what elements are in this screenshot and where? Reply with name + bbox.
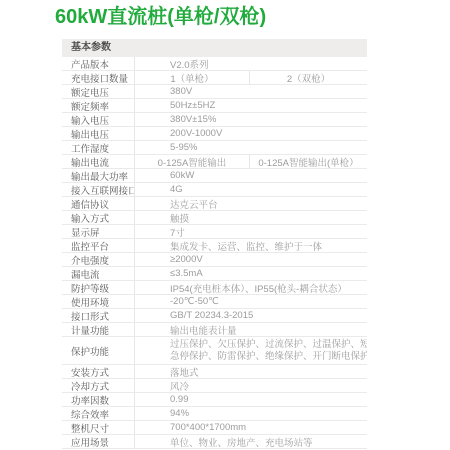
spec-label: 综合效率: [62, 407, 135, 420]
spec-label: 工作湿度: [62, 141, 135, 154]
spec-label: 冷却方式: [62, 379, 135, 392]
spec-label: 显示屏: [62, 225, 135, 238]
spec-label: 整机尺寸: [62, 421, 135, 434]
spec-value: 4G: [135, 183, 367, 196]
spec-label: 产品版本: [62, 57, 135, 70]
spec-value: -20℃-50℃: [135, 295, 367, 308]
spec-row: 应用场景单位、物业、房地产、充电场站等: [62, 435, 367, 449]
spec-label: 漏电流: [62, 267, 135, 280]
spec-table: 基本参数 产品版本V2.0系列充电接口数量1（单枪）2（双枪）额定电压380V额…: [62, 39, 367, 449]
spec-value: 0-125A智能输出(单枪）: [250, 155, 367, 168]
spec-table-body: 产品版本V2.0系列充电接口数量1（单枪）2（双枪）额定电压380V额定频率50…: [62, 57, 367, 449]
spec-label: 介电强度: [62, 253, 135, 266]
spec-label: 输入方式: [62, 211, 135, 224]
spec-sheet-page: 60kW直流桩(单枪/双枪) 基本参数 产品版本V2.0系列充电接口数量1（单枪…: [0, 0, 450, 450]
spec-value: 过压保护、欠压保护、过流保护、过温保护、短路保护、急停保护、防雷保护、绝缘保护、…: [135, 337, 367, 364]
spec-row: 综合效率94%: [62, 407, 367, 421]
spec-row: 额定频率50Hz±5HZ: [62, 99, 367, 113]
spec-label: 监控平台: [62, 239, 135, 252]
spec-label: 安装方式: [62, 365, 135, 378]
spec-value: IP54(充电桩本体）、IP55(枪头-耦合状态）: [135, 281, 367, 294]
spec-value: 200V-1000V: [135, 127, 367, 140]
spec-value: 60kW: [135, 169, 367, 182]
spec-value: 落地式: [135, 365, 367, 378]
spec-label: 额定电压: [62, 85, 135, 98]
spec-value: 0-125A智能输出: [135, 155, 250, 168]
spec-row: 安装方式落地式: [62, 365, 367, 379]
spec-value: ≥2000V: [135, 253, 367, 266]
spec-label: 输入电压: [62, 113, 135, 126]
spec-value: 集成发卡、运营、监控、维护于一体: [135, 239, 367, 252]
spec-row: 漏电流≤3.5mA: [62, 267, 367, 281]
spec-value-line: 急停保护、防雷保护、绝缘保护、开门断电保护: [170, 351, 367, 363]
spec-label: 输出电流: [62, 155, 135, 168]
spec-value: 输出电能表计量: [135, 323, 367, 336]
spec-value: GB/T 20234.3-2015: [135, 309, 367, 322]
spec-row: 输入方式触摸: [62, 211, 367, 225]
spec-label: 通信协议: [62, 197, 135, 210]
spec-row: 功率因数0.99: [62, 393, 367, 407]
spec-label: 功率因数: [62, 393, 135, 406]
spec-row: 使用环境-20℃-50℃: [62, 295, 367, 309]
spec-label: 输出电压: [62, 127, 135, 140]
spec-label: 应用场景: [62, 435, 135, 448]
spec-row: 介电强度≥2000V: [62, 253, 367, 267]
spec-row: 产品版本V2.0系列: [62, 57, 367, 71]
spec-row: 输出电压200V-1000V: [62, 127, 367, 141]
spec-row: 冷却方式风冷: [62, 379, 367, 393]
spec-row: 显示屏7寸: [62, 225, 367, 239]
spec-row: 防护等级IP54(充电桩本体）、IP55(枪头-耦合状态）: [62, 281, 367, 295]
spec-label: 接入互联网接口: [62, 183, 135, 196]
spec-label: 计量功能: [62, 323, 135, 336]
spec-row: 输出最大功率60kW: [62, 169, 367, 183]
page-title: 60kW直流桩(单枪/双枪): [55, 4, 266, 30]
spec-row: 整机尺寸700*400*1700mm: [62, 421, 367, 435]
spec-row: 工作湿度5-95%: [62, 141, 367, 155]
spec-value: 风冷: [135, 379, 367, 392]
spec-label: 保护功能: [62, 337, 135, 364]
spec-value: 2（双枪）: [250, 71, 367, 84]
spec-value: ≤3.5mA: [135, 267, 367, 280]
spec-value: 1（单枪）: [135, 71, 250, 84]
spec-row: 接入互联网接口4G: [62, 183, 367, 197]
spec-label: 充电接口数量: [62, 71, 135, 84]
spec-row: 监控平台集成发卡、运营、监控、维护于一体: [62, 239, 367, 253]
spec-row: 计量功能输出电能表计量: [62, 323, 367, 337]
spec-value: 94%: [135, 407, 367, 420]
spec-value: 单位、物业、房地产、充电场站等: [135, 435, 367, 448]
spec-row: 额定电压380V: [62, 85, 367, 99]
spec-value: 380V: [135, 85, 367, 98]
spec-value: 700*400*1700mm: [135, 421, 367, 434]
spec-value-line: 过压保护、欠压保护、过流保护、过温保护、短路保护、: [170, 339, 367, 351]
spec-value: 5-95%: [135, 141, 367, 154]
spec-label: 接口形式: [62, 309, 135, 322]
spec-row: 输入电压380V±15%: [62, 113, 367, 127]
spec-row: 通信协议达克云平台: [62, 197, 367, 211]
spec-value: 达克云平台: [135, 197, 367, 210]
spec-value: V2.0系列: [135, 57, 367, 70]
spec-value: 50Hz±5HZ: [135, 99, 367, 112]
spec-row: 输出电流0-125A智能输出0-125A智能输出(单枪）: [62, 155, 367, 169]
table-section-header: 基本参数: [62, 39, 367, 57]
spec-row: 充电接口数量1（单枪）2（双枪）: [62, 71, 367, 85]
spec-value: 380V±15%: [135, 113, 367, 126]
spec-label: 防护等级: [62, 281, 135, 294]
spec-row: 保护功能过压保护、欠压保护、过流保护、过温保护、短路保护、急停保护、防雷保护、绝…: [62, 337, 367, 365]
spec-value: 触摸: [135, 211, 367, 224]
spec-value: 0.99: [135, 393, 367, 406]
spec-label: 使用环境: [62, 295, 135, 308]
spec-label: 输出最大功率: [62, 169, 135, 182]
spec-value: 7寸: [135, 225, 367, 238]
spec-row: 接口形式GB/T 20234.3-2015: [62, 309, 367, 323]
spec-label: 额定频率: [62, 99, 135, 112]
